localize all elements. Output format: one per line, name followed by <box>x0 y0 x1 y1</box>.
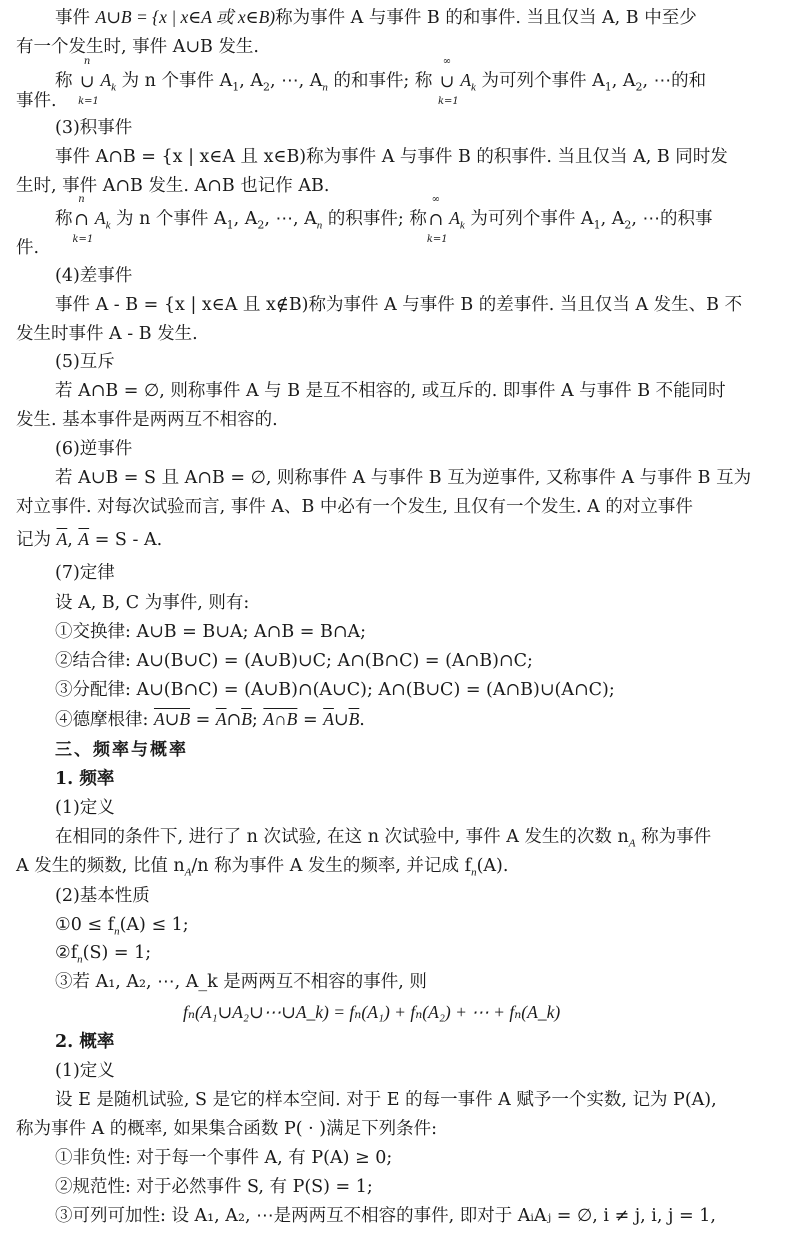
frequency-property-1: ①0 ≤ fn(A) ≤ 1; <box>55 914 189 943</box>
n-union-line: 称 n∪k=1 Ak 为 n 个事件 A1, A2, ⋯, An 的和事件; 称… <box>55 69 706 99</box>
union-event-label: 事件 <box>55 8 96 28</box>
frequency-property-2: ②fn(S) = 1; <box>55 942 151 971</box>
law-commutative: ①交换律: A∪B = B∪A; A∩B = B∩A; <box>55 621 366 643</box>
big-intersection-icon: n∩k=1 <box>73 209 91 231</box>
union-event-expr: A∪B = {x | x∈A 或 x∈B) <box>96 7 276 27</box>
big-union-icon: n∪k=1 <box>78 71 96 93</box>
difference-event-definition-cont: 发生时事件 A - B 发生. <box>16 323 198 345</box>
frequency-definition-cont: A 发生的频数, 比值 nA/n 称为事件 A 发生的频率, 并记成 fn(A)… <box>16 855 508 884</box>
heading-product-event: (3)积事件 <box>55 117 132 139</box>
union-event-text: 称为事件 A 与事件 B 的和事件. 当且仅当 A, B 中至少 <box>275 8 697 28</box>
probability-definition-cont: 称为事件 A 的概率, 如果集合函数 P( · )满足下列条件: <box>16 1118 437 1140</box>
law-de-morgan: ④德摩根律: A∪B = A∩B; A∩B = A∪B. <box>55 708 365 731</box>
law-distributive: ③分配律: A∪(B∩C) = (A∪B)∩(A∪C); A∩(B∪C) = (… <box>55 679 615 701</box>
complement-definition-cont: 对立事件. 对每次试验而言, 事件 A、B 中必有一个发生, 且仅有一个发生. … <box>16 496 693 518</box>
heading-laws: (7)定律 <box>55 562 115 584</box>
n-intersection-line-end: 件. <box>16 237 39 259</box>
heading-probability: 2. 概率 <box>55 1031 114 1053</box>
heading-probability-definition: (1)定义 <box>55 1060 115 1082</box>
mutex-definition-cont: 发生. 基本事件是两两互不相容的. <box>16 409 278 431</box>
probability-axiom-nonnegativity: ①非负性: 对于每一个事件 A, 有 P(A) ≥ 0; <box>55 1147 392 1169</box>
frequency-definition: 在相同的条件下, 进行了 n 次试验, 在这 n 次试验中, 事件 A 发生的次… <box>55 826 711 855</box>
product-event-definition-cont: 生时, 事件 A∩B 发生. A∩B 也记作 AB. <box>16 175 329 197</box>
big-intersection-icon-infinite: ∞∩k=1 <box>427 209 445 231</box>
mutex-definition: 若 A∩B = ∅, 则称事件 A 与 B 是互不相容的, 或互斥的. 即事件 … <box>55 380 726 402</box>
frequency-property-3: ③若 A₁, A₂, ⋯, A_k 是两两互不相容的事件, 则 <box>55 971 427 993</box>
n-union-line-end: 事件. <box>16 90 57 112</box>
union-event-definition-cont: 有一个发生时, 事件 A∪B 发生. <box>16 36 259 58</box>
complement-notation: 记为 A, A = S - A. <box>16 528 162 551</box>
law-associative: ②结合律: A∪(B∪C) = (A∪B)∪C; A∩(B∩C) = (A∩B)… <box>55 650 533 672</box>
heading-complement-event: (6)逆事件 <box>55 438 132 460</box>
heading-frequency: 1. 频率 <box>55 768 114 790</box>
section-title-frequency-probability: 三、频率与概率 <box>55 739 188 761</box>
heading-frequency-definition: (1)定义 <box>55 797 115 819</box>
probability-axiom-normalization: ②规范性: 对于必然事件 S, 有 P(S) = 1; <box>55 1176 373 1198</box>
heading-difference-event: (4)差事件 <box>55 265 132 287</box>
n-intersection-line: 称n∩k=1 Ak 为 n 个事件 A1, A2, ⋯, An 的积事件; 称∞… <box>55 207 712 237</box>
big-union-icon-infinite: ∞∪k=1 <box>438 71 456 93</box>
difference-event-definition: 事件 A - B = {x | x∈A 且 x∉B)称为事件 A 与事件 B 的… <box>55 294 742 316</box>
product-event-definition: 事件 A∩B = {x | x∈A 且 x∈B)称为事件 A 与事件 B 的积事… <box>55 146 728 168</box>
union-event-definition-full: 事件 A∪B = {x | x∈A 或 x∈B)称为事件 A 与事件 B 的和事… <box>55 6 697 29</box>
probability-axiom-countable-additivity: ③可列可加性: 设 A₁, A₂, ⋯是两两互不相容的事件, 即对于 AᵢAⱼ … <box>55 1205 716 1227</box>
heading-mutually-exclusive: (5)互斥 <box>55 351 115 373</box>
frequency-additivity-formula: fₙ(A₁∪A₂∪⋯∪A_k) = fₙ(A₁) + fₙ(A₂) + ⋯ + … <box>183 1001 560 1023</box>
heading-frequency-properties: (2)基本性质 <box>55 885 150 907</box>
complement-definition: 若 A∪B = S 且 A∩B = ∅, 则称事件 A 与事件 B 互为逆事件,… <box>55 467 751 489</box>
probability-definition: 设 E 是随机试验, S 是它的样本空间. 对于 E 的每一事件 A 赋予一个实… <box>55 1089 717 1111</box>
laws-intro: 设 A, B, C 为事件, 则有: <box>55 592 249 614</box>
